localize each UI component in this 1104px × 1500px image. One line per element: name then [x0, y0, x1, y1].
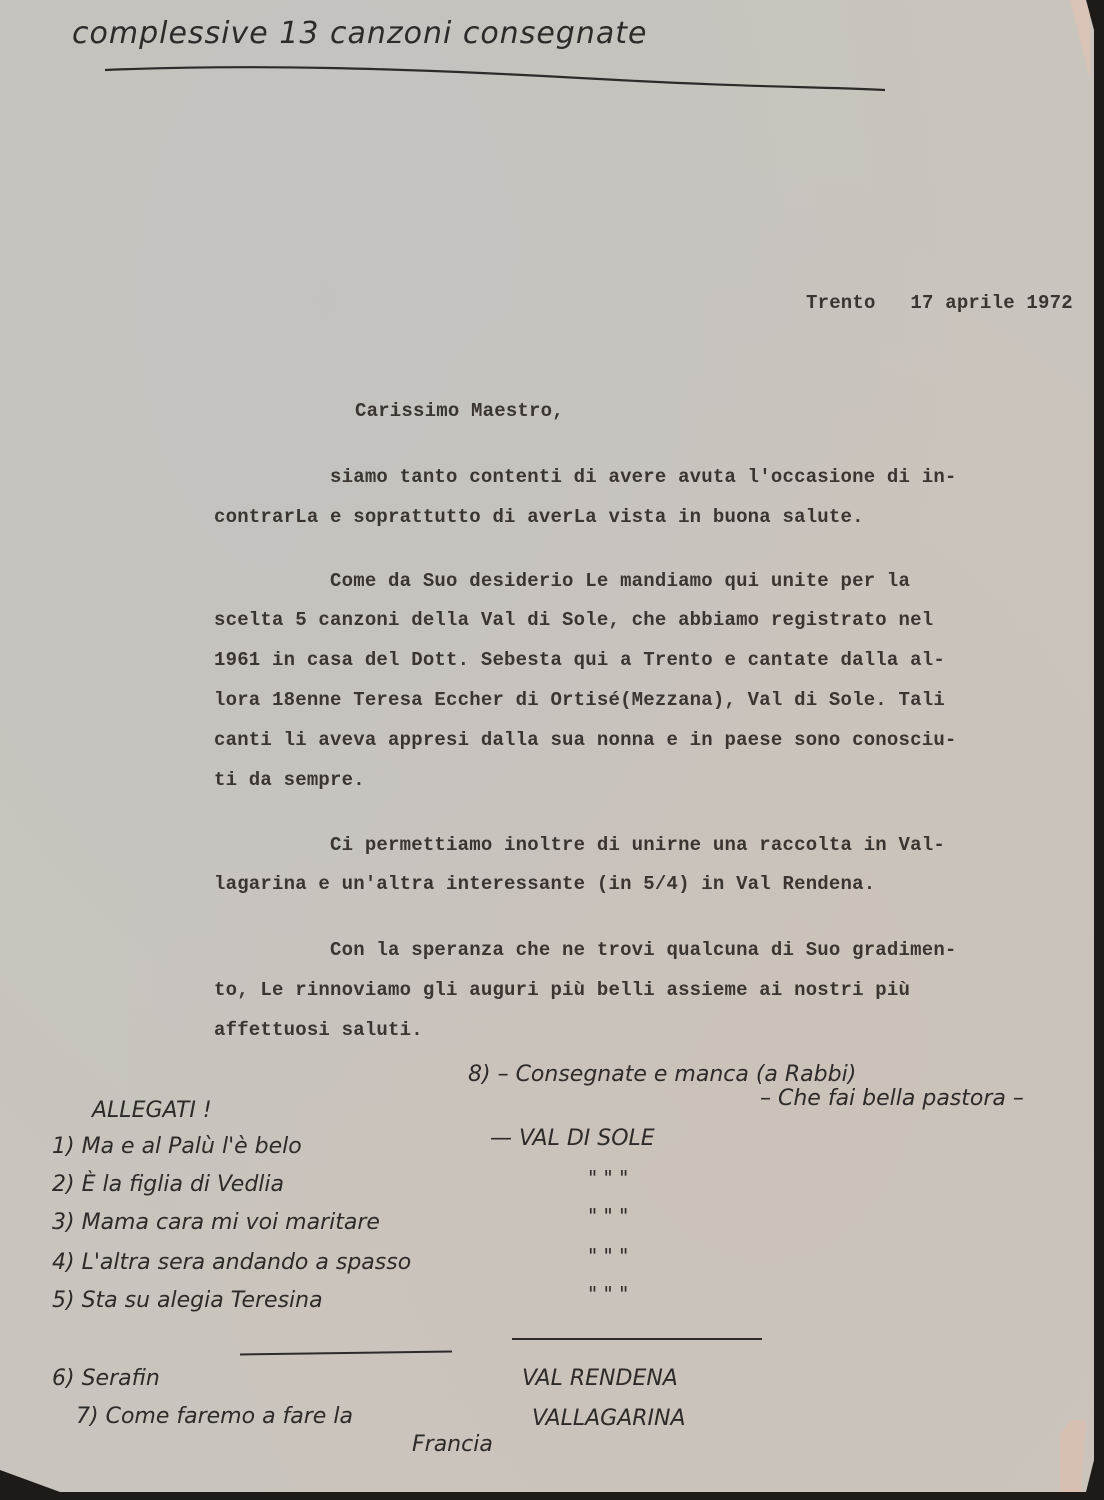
body-line: Ci permettiamo inoltre di unirne una rac…	[214, 834, 945, 856]
place-date: Trento 17 aprile 1972	[806, 292, 1073, 314]
body-line: siamo tanto contenti di avere avuta l'oc…	[214, 466, 957, 488]
attachment-item: 4) L'altra sera andando a spasso	[52, 1250, 411, 1275]
item-title: Serafin	[82, 1366, 160, 1391]
body-line: ti da sempre.	[214, 769, 365, 791]
item-title: Come faremo a fare la	[106, 1404, 353, 1429]
item-number: 6)	[52, 1366, 75, 1391]
body-line: Come da Suo desiderio Le mandiamo qui un…	[214, 570, 910, 592]
item-region: " " "	[588, 1282, 628, 1306]
body-line: scelta 5 canzoni della Val di Sole, che …	[214, 609, 933, 631]
letter-paper: complessive 13 canzoni consegnate Trento…	[0, 0, 1094, 1492]
body-line: canti li aveva appresi dalla sua nonna e…	[214, 729, 957, 751]
attachments-title: ALLEGATI !	[92, 1098, 212, 1123]
item-title: Mama cara mi voi maritare	[82, 1210, 380, 1235]
item-title: Sta su alegia Teresina	[82, 1288, 323, 1313]
item-title-continuation: Francia	[412, 1432, 493, 1457]
item-number: 5)	[52, 1288, 75, 1313]
item-number: 7)	[76, 1404, 99, 1429]
body-line: Con la speranza che ne trovi qualcuna di…	[214, 939, 957, 961]
attachment-item: 3) Mama cara mi voi maritare	[52, 1210, 380, 1235]
handwritten-header: complessive 13 canzoni consegnate	[72, 16, 647, 51]
body-line: affettuosi saluti.	[214, 1019, 423, 1041]
item-region: " " "	[588, 1204, 628, 1228]
torn-corner-top	[1070, 0, 1090, 80]
header-underline	[100, 64, 890, 94]
salutation: Carissimo Maestro,	[355, 400, 564, 422]
attachment-item: 1) Ma e al Palù l'è belo	[52, 1134, 302, 1159]
item-number: 2)	[52, 1172, 75, 1197]
item-title: È la figlia di Vedlia	[82, 1172, 284, 1197]
attachment-item: 7) Come faremo a fare la	[76, 1404, 353, 1429]
body-line: lora 18enne Teresa Eccher di Ortisé(Mezz…	[214, 689, 945, 711]
handwritten-note-8: 8) – Consegnate e manca (a Rabbi)	[468, 1062, 856, 1087]
item-title: L'altra sera andando a spasso	[82, 1250, 412, 1275]
item-number: 3)	[52, 1210, 75, 1235]
item-region: VALLAGARINA	[532, 1406, 686, 1431]
item-region: " " "	[588, 1166, 628, 1190]
body-line: 1961 in casa del Dott. Sebesta qui a Tre…	[214, 649, 945, 671]
separator-line	[240, 1351, 452, 1356]
item-number: 1)	[52, 1134, 75, 1159]
attachment-item: 5) Sta su alegia Teresina	[52, 1288, 323, 1313]
item-region: — VAL DI SOLE	[490, 1126, 655, 1151]
separator-line	[512, 1338, 762, 1340]
handwritten-note-8-cont: – Che fai bella pastora –	[760, 1086, 1024, 1111]
body-line: lagarina e un'altra interessante (in 5/4…	[214, 873, 875, 895]
torn-corner-bottom	[1060, 1420, 1086, 1492]
body-line: to, Le rinnoviamo gli auguri più belli a…	[214, 979, 910, 1001]
item-number: 4)	[52, 1250, 75, 1275]
body-line: contrarLa e soprattutto di averLa vista …	[214, 506, 864, 528]
attachment-item: 2) È la figlia di Vedlia	[52, 1172, 284, 1197]
item-title: Ma e al Palù l'è belo	[82, 1134, 302, 1159]
attachment-item: 6) Serafin	[52, 1366, 160, 1391]
item-region: " " "	[588, 1244, 628, 1268]
item-region: VAL RENDENA	[522, 1366, 678, 1391]
